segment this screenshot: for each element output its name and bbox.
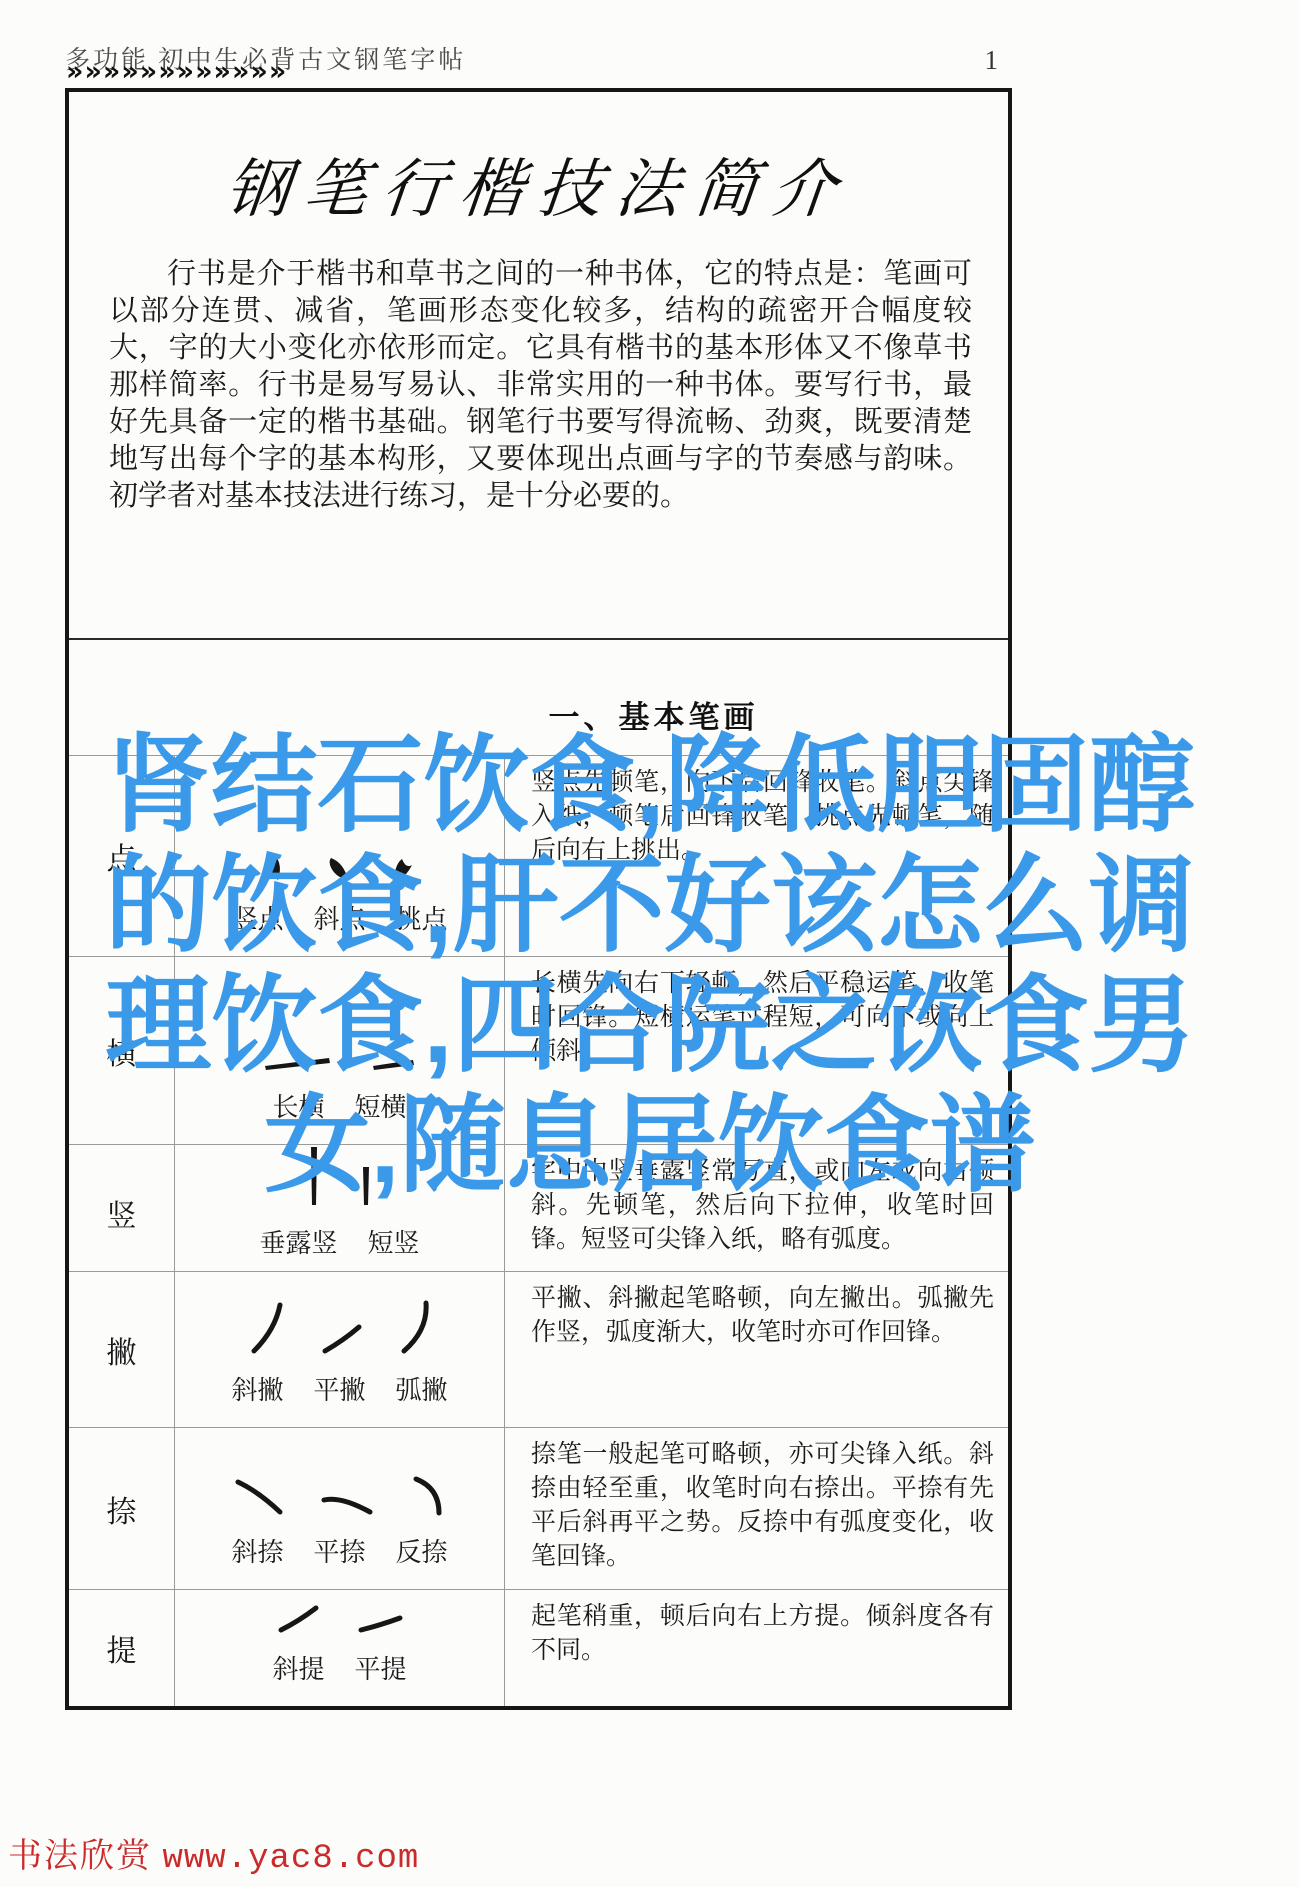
table-row-left-falling: 撇 斜撇 平撇 弧撇 平撇、斜撇起笔略顿，向左撇出。弧撇先作竖，弧度渐大，收笔时…	[69, 1272, 1008, 1428]
stroke-description: 起笔稍重，顿后向右上方提。倾斜度各有不同。	[505, 1590, 1008, 1706]
example-label: 反捺	[396, 1532, 448, 1569]
table-row-rising: 提 斜提 平提 起笔稍重，顿后向右上方提。倾斜度各有不同。	[69, 1590, 1008, 1706]
na-stroke-icon	[411, 1476, 445, 1516]
example-label: 短竖	[368, 1223, 420, 1260]
pie-stroke-icon	[250, 1302, 284, 1354]
example-label: 斜提	[272, 1649, 324, 1686]
ti-stroke-icon	[277, 1605, 319, 1633]
watermark-site-name: 书法欣赏	[8, 1838, 152, 1875]
blue-overlay-caption: 肾结石饮食,降低胆固醇 的饮食,肝不好该怎么调 理饮食,四合院之饮食男 女,随息…	[0, 726, 1300, 1206]
example-label: 平提	[355, 1649, 407, 1686]
intro-paragraph: 行书是介于楷书和草书之间的一种书体，它的特点是：笔画可以部分连贯、减省，笔画形态…	[109, 256, 972, 515]
na-stroke-icon	[235, 1478, 283, 1516]
example-label: 垂露竖	[259, 1223, 337, 1260]
stroke-description: 捺笔一般起笔可略顿，亦可尖锋入纸。斜捺由轻至重，收笔时向右捺出。平捺有先平后斜再…	[505, 1428, 1008, 1589]
stroke-examples: 斜提 平提	[175, 1590, 505, 1706]
watermark-site-url: www.yac8.com	[163, 1840, 420, 1878]
overlay-line: 肾结石饮食,降低胆固醇	[0, 726, 1300, 846]
stroke-examples: 斜捺 平捺 反捺	[175, 1428, 505, 1589]
overlay-line: 的饮食,肝不好该怎么调	[0, 846, 1300, 966]
site-watermark: 书法欣赏 www.yac8.com	[8, 1828, 419, 1878]
example-label: 斜撇	[231, 1370, 283, 1407]
example-label: 平撇	[313, 1370, 365, 1407]
page-number: 1	[985, 45, 1013, 76]
stroke-examples: 斜撇 平撇 弧撇	[175, 1272, 505, 1427]
example-label: 弧撇	[396, 1370, 448, 1407]
ti-stroke-icon	[357, 1615, 403, 1633]
example-label: 斜捺	[231, 1532, 283, 1569]
table-row-right-falling: 捺 斜捺 平捺 反捺 捺笔一般起笔可略顿，亦可尖锋入纸。斜捺由轻至重，收笔时向右…	[69, 1428, 1008, 1590]
pie-stroke-icon	[400, 1300, 430, 1354]
example-label: 平捺	[313, 1532, 365, 1569]
stroke-name: 捺	[69, 1428, 175, 1589]
arrow-decoration-icon: »»»»»»»»»»»»	[66, 56, 287, 87]
intro-section: 钢笔行楷技法简介 行书是介于楷书和草书之间的一种书体，它的特点是：笔画可以部分连…	[69, 92, 1008, 640]
stroke-name: 撇	[69, 1272, 175, 1427]
na-stroke-icon	[321, 1492, 373, 1516]
overlay-line: 理饮食,四合院之饮食男	[0, 966, 1300, 1086]
page-title: 钢笔行楷技法简介	[64, 138, 1013, 230]
overlay-line: 女,随息居饮食谱	[0, 1086, 1300, 1206]
pie-stroke-icon	[322, 1324, 362, 1354]
stroke-description: 平撇、斜撇起笔略顿，向左撇出。弧撇先作竖，弧度渐大，收笔时亦可作回锋。	[505, 1272, 1008, 1427]
stroke-name: 提	[69, 1590, 175, 1706]
